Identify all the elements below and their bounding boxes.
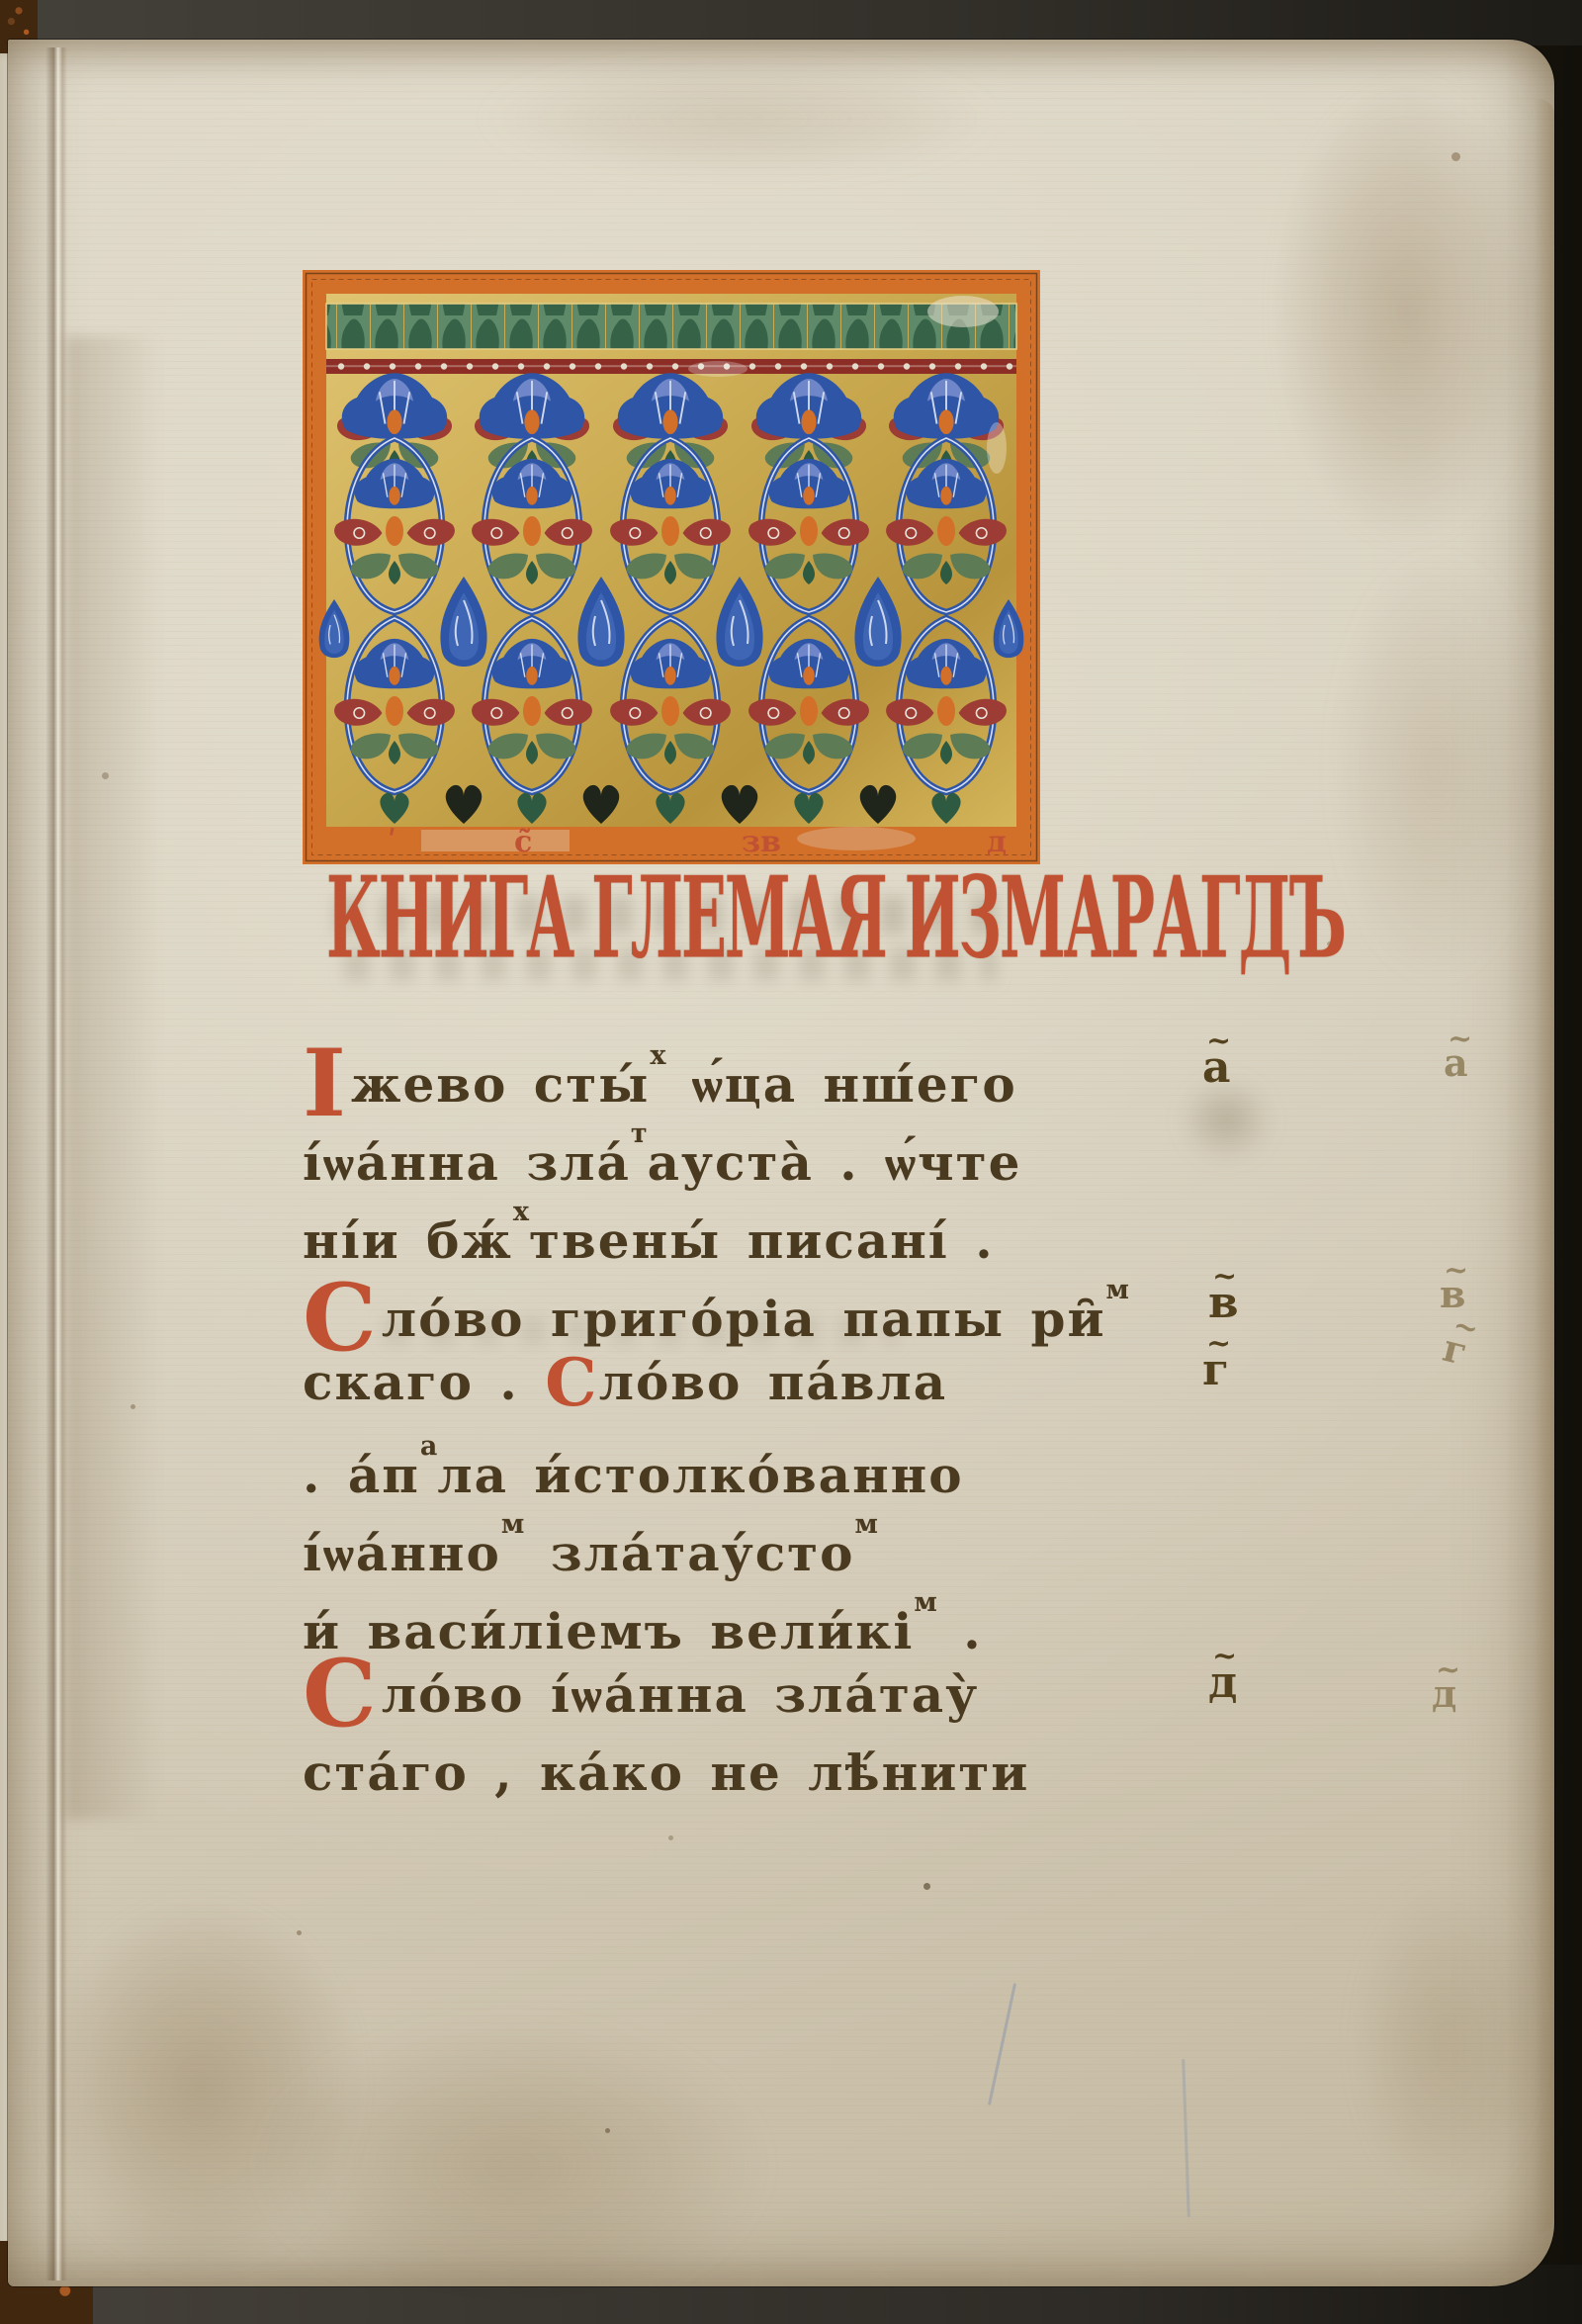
titlo-mark: ~ — [1212, 1642, 1237, 1671]
titlo-mark: ~ — [1206, 1027, 1231, 1056]
stain — [255, 2017, 769, 2314]
margin-numeral-3: ~г — [1440, 1329, 1471, 1372]
titlo-mark: ~ — [1436, 1655, 1460, 1685]
text-line: ста́го , ка́ко не лѣ́нити — [303, 1743, 1029, 1802]
pencil-mark — [1182, 2059, 1190, 2217]
deckle-edge — [1535, 99, 1554, 2235]
titlo-mark: ~ — [1212, 1262, 1237, 1292]
superscript-letter: м — [501, 1509, 524, 1540]
text-line: ні́и бж́хтвены́ писані́ . — [303, 1197, 995, 1270]
text-line: скаго . Сло́во па́вла — [303, 1353, 947, 1411]
text-line: . а́пала и́столко́ванно — [303, 1431, 964, 1504]
titlo-mark: ~ — [1448, 1025, 1472, 1054]
text-line: и́ васи́ліемъ вели́кім . — [303, 1587, 983, 1660]
stain — [483, 59, 997, 178]
margin-numeral-4: ~д — [1208, 1661, 1237, 1705]
superscript-letter: м — [854, 1509, 877, 1540]
pencil-mark — [988, 1983, 1016, 2105]
text-line: і́ѡа́нном зла́тау́стом — [303, 1509, 878, 1582]
gutter-shadow — [65, 336, 184, 1820]
superscript-letter: т — [631, 1118, 648, 1149]
margin-numeral-4: ~д — [1432, 1675, 1456, 1713]
titlo-mark: ~ — [1206, 1329, 1231, 1359]
manuscript-page: ʹс̃звд КНИГА ГЛЕМАЯ ИЗМАРАГДЪ Іжево сты́… — [8, 40, 1554, 2286]
margin-numeral-3: ~г — [1202, 1349, 1229, 1392]
title-block: ʹс̃звд КНИГА ГЛЕМАЯ ИЗМАРАГДЪ — [326, 852, 1058, 1021]
stain — [1353, 1879, 1540, 2205]
text-line: і́ѡа́нна зла́тауста̀ . ѡ́чте — [303, 1118, 1021, 1192]
superscript-letter: х — [650, 1040, 665, 1071]
rubricated-initial: С — [303, 1640, 379, 1748]
title-vyaz: КНИГА ГЛЕМАЯ ИЗМАРАГДЪ — [326, 852, 1088, 984]
text-line: Іжево сты́х ѡ́ца нш́его — [303, 1040, 1017, 1114]
text-line: Сло́во григо́ріа папы ри̑м — [303, 1275, 1129, 1348]
margin-numeral-2: ~в — [1208, 1282, 1239, 1325]
stain — [1333, 554, 1540, 979]
margin-numeral-2: ~в — [1440, 1276, 1465, 1313]
gutter-crease — [45, 47, 67, 2280]
manuscript-photo: ʹс̃звд КНИГА ГЛЕМАЯ ИЗМАРАГДЪ Іжево сты́… — [0, 0, 1582, 2324]
foxing-specks — [8, 40, 13, 45]
illuminated-headpiece — [303, 270, 1040, 864]
text-line: Сло́во і́ѡа́нна зла́тау̀ — [303, 1665, 979, 1724]
titlo-mark: ~ — [1450, 1310, 1481, 1345]
titlo-mark: ~ — [1444, 1256, 1468, 1286]
superscript-letter: а — [420, 1431, 438, 1462]
rubricated-initial: С — [545, 1344, 599, 1421]
superscript-letter: х — [513, 1197, 529, 1227]
margin-numeral-1: ~а — [1202, 1046, 1231, 1090]
margin-numeral-1: ~а — [1444, 1044, 1468, 1082]
superscript-letter: м — [1106, 1275, 1129, 1305]
superscript-letter: м — [914, 1587, 936, 1618]
stain — [1274, 79, 1540, 544]
